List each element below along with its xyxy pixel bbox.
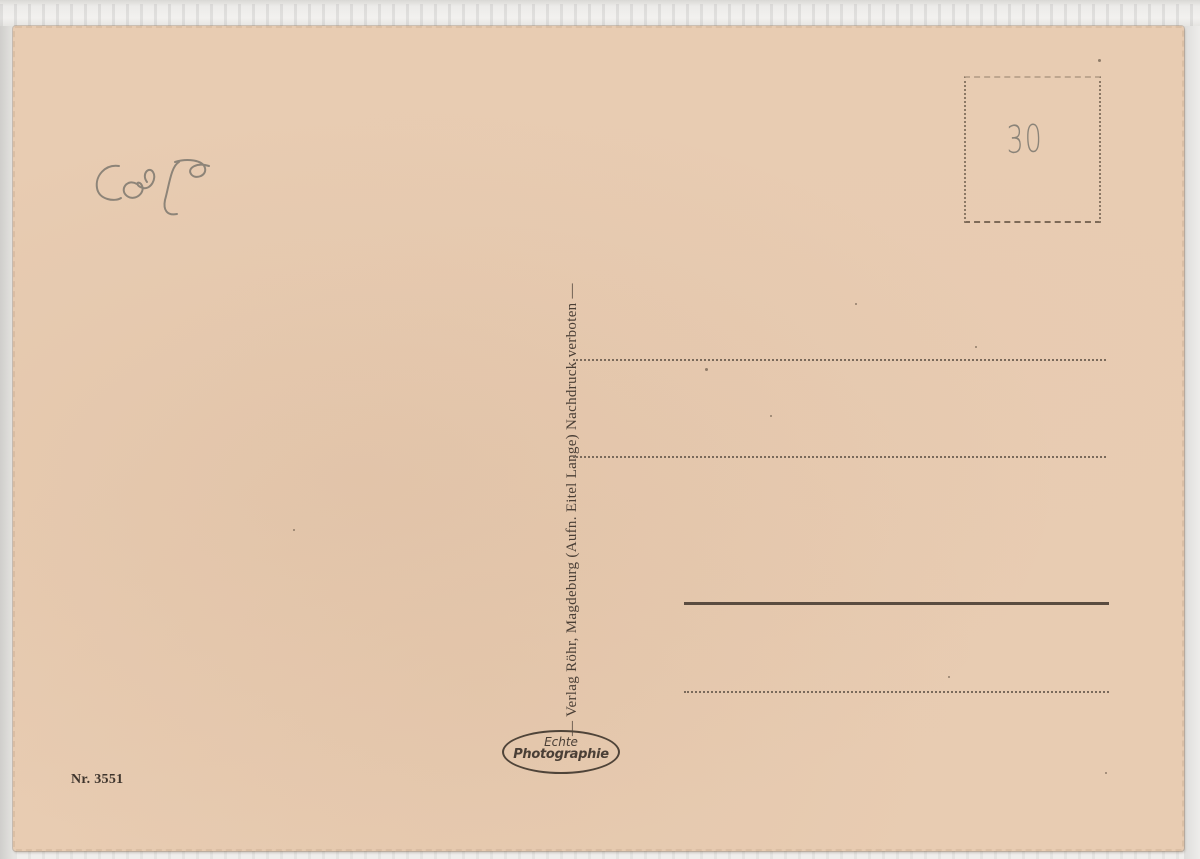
address-line-1 <box>573 359 1106 361</box>
echte-photographie-logo: Echte Photographie <box>502 730 620 774</box>
paper-speck <box>1105 772 1107 774</box>
postcard-back: 0.80 30 — Verlag Röhr, Magdeburg (Aufn. … <box>13 26 1184 851</box>
paper-speck <box>948 676 950 678</box>
address-line-3 <box>684 602 1109 605</box>
paper-speck <box>705 368 708 371</box>
paper-speck <box>975 346 977 348</box>
paper-speck <box>855 303 857 305</box>
publisher-imprint: — Verlag Röhr, Magdeburg (Aufn. Eitel La… <box>564 96 584 736</box>
stamp-box: 30 <box>964 76 1101 223</box>
paper-speck <box>770 415 772 417</box>
sleeve-seam-top <box>0 4 1200 26</box>
address-line-2 <box>573 456 1106 458</box>
paper-speck <box>293 529 295 531</box>
handwritten-pencil-note: 0.80 <box>91 156 221 226</box>
sleeve-right-edge <box>1184 26 1200 859</box>
paper-speck <box>1098 59 1101 62</box>
card-number: Nr. 3551 <box>71 772 123 788</box>
sleeve-left-edge <box>0 26 14 859</box>
logo-line2: Photographie <box>504 748 618 762</box>
address-line-4 <box>684 691 1109 693</box>
stamp-handwritten-value: 30 <box>1006 116 1044 162</box>
